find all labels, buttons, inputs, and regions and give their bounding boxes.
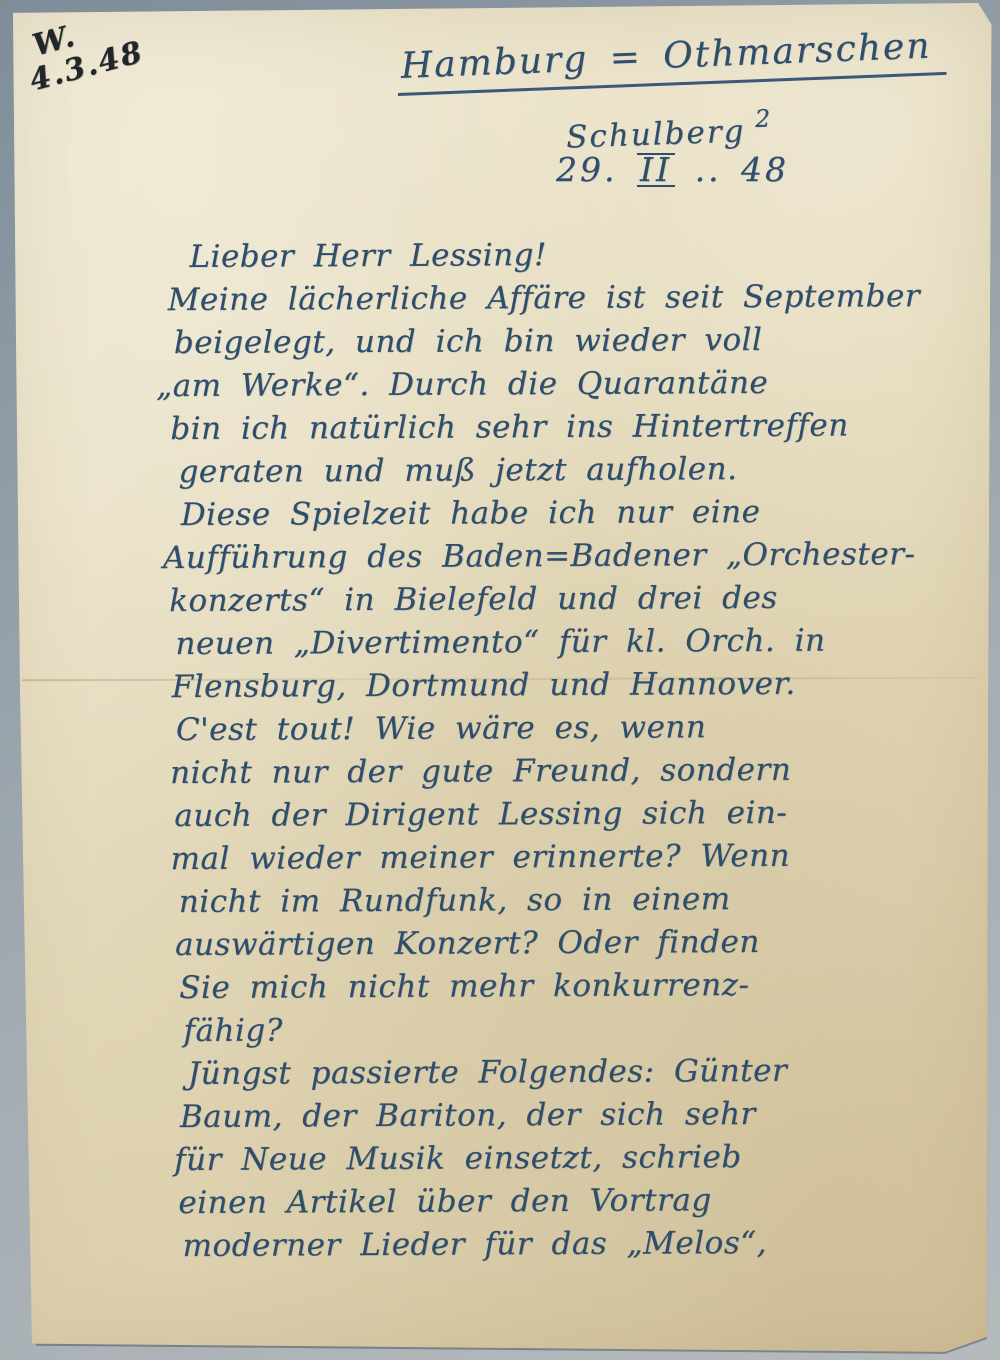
letter-page: W. 4.3.48 Hamburg = Othmarschen Schulber… — [0, 0, 1000, 1360]
letter-body-line: beigelegt, und ich bin wieder voll — [174, 318, 966, 365]
letter-body-line: moderner Lieder für das „Melos“, — [182, 1221, 970, 1268]
letterhead-street: Schulberg2 — [565, 104, 773, 155]
letter-body-line: Aufführung des Baden=Badener „Orchester- — [163, 533, 967, 580]
letter-body: Lieber Herr Lessing! Meine lächerliche A… — [165, 232, 970, 1268]
letter-body-line: geraten und muß jetzt aufholen. — [178, 447, 966, 494]
letter-body-line: Diese Spielzeit habe ich nur eine — [181, 490, 967, 537]
letter-body-line: bin ich natürlich sehr ins Hintertreffen — [170, 404, 966, 451]
letter-body-line: nicht im Rundfunk, so in einem — [179, 877, 969, 924]
letter-body-line: Baum, der Bariton, der sich sehr — [180, 1092, 970, 1139]
letter-body-line: Flensburg, Dortmund und Hannover. — [172, 662, 968, 709]
date-month-roman-numeral: II — [637, 153, 675, 187]
letter-body-line: auch der Dirigent Lessing sich ein- — [174, 791, 968, 838]
letter-body-line: konzerts“ in Bielefeld und drei des — [169, 576, 967, 623]
letter-body-line: Jüngst passierte Folgendes: Günter — [188, 1049, 970, 1096]
letter-body-line: nicht nur der gute Freund, sondern — [170, 748, 968, 795]
letterhead-date: 29. II .. 48 — [556, 150, 789, 189]
letter-body-line: für Neue Musik einsetzt, schrieb — [174, 1135, 970, 1182]
street-number: 2 — [754, 104, 772, 133]
letter-body-line: C'est tout! Wie wäre es, wenn — [176, 705, 968, 752]
letter-body-line: auswärtigen Konzert? Oder finden — [175, 920, 969, 967]
letter-body-line: neuen „Divertimento“ für kl. Orch. in — [175, 619, 967, 666]
letter-body-line: „am Werke“. Durch die Quarantäne — [156, 361, 966, 408]
photographed-letter: { "page": { "description": "Handwritten … — [0, 0, 1000, 1360]
letter-body-line: Meine lächerliche Affäre ist seit Septem… — [168, 275, 966, 322]
letterhead-location: Hamburg = Othmarschen — [396, 25, 946, 96]
archival-date-note: W. 4.3.48 — [29, 4, 147, 95]
letter-body-line: mal wieder meiner erinnerte? Wenn — [170, 834, 968, 881]
date-day: 29. — [556, 150, 617, 189]
letter-body-line: Sie mich nicht mehr konkurrenz- — [179, 963, 969, 1010]
salutation-line: Lieber Herr Lessing! — [189, 232, 965, 279]
date-year: .. 48 — [695, 150, 789, 189]
letter-body-line: fähig? — [183, 1006, 969, 1053]
letter-body-line: einen Artikel über den Vortrag — [178, 1178, 970, 1225]
